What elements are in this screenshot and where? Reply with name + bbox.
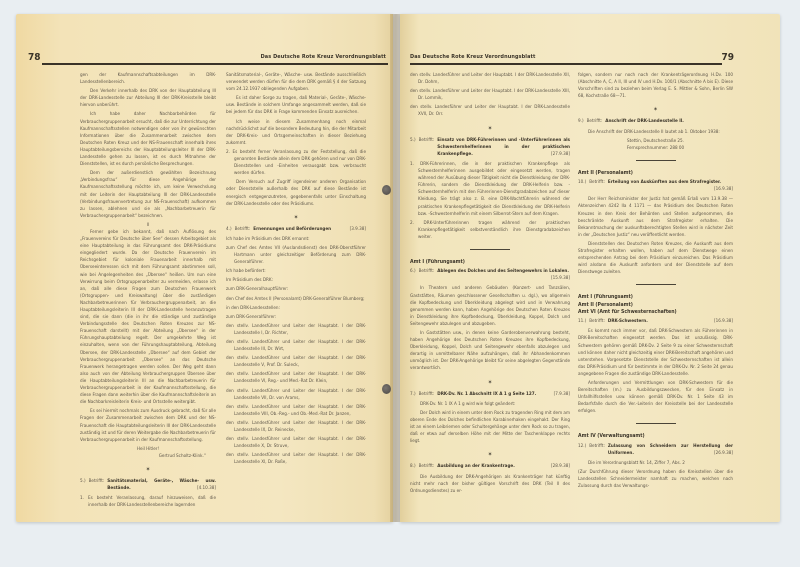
item-subject: DRK-Dv. Nr. 1 Abschnitt IX A 1 g Seite 1… [437, 392, 536, 397]
phone-line: Fernsprechnummer: 288 00 [578, 145, 733, 152]
item-label: Betrifft: [589, 179, 605, 193]
paragraph: Der Dolch wird in einem unter dem Rock z… [410, 410, 570, 445]
item-12: 12.) Betrifft: Zulassung von Schneidern … [578, 443, 733, 457]
paragraph: Dem Versuch auf Zugriff irgendeiner ande… [226, 179, 366, 207]
item-number: 4.) [226, 226, 232, 233]
appointments-list: Ich habe im Präsidium des DRK ernannt:zu… [226, 236, 366, 467]
running-title: Das Deutsche Rote Kreuz Verordnungsblatt [261, 54, 386, 60]
list-item: den stellv. Landesführer und Leiter der … [410, 104, 570, 118]
item-label: Betrifft: [235, 226, 251, 233]
list-item: Ich habe befördert: [226, 268, 366, 275]
paragraph: Dienststellen des Deutschen Roten Kreuze… [578, 241, 733, 276]
item-subject: Ablegen des Dolches und des Seitengewehr… [437, 269, 569, 274]
item-5-right: 5.) Betrifft: Einsatz von DRK-Führerinne… [410, 137, 570, 158]
section-divider [636, 423, 676, 424]
paragraph: Dem der außerdienstlich gewählten Bezeic… [80, 170, 216, 220]
item-subject: Anschrift der DRK-Landesstelle II. [605, 119, 684, 124]
header-rule [42, 63, 388, 65]
paragraph: Die Anschrift der DRK-Landesstelle II la… [578, 129, 733, 136]
amt-heading: Amt I (Führungsamt) [578, 294, 733, 301]
paragraph: Anforderungen und Vermittlungen von DRK-… [578, 380, 733, 415]
list-item: den stellv. Landesführer und Leiter der … [226, 339, 366, 353]
list-item: den stellv. Landesführer und Leiter der … [226, 404, 366, 418]
item-number: 5.) [80, 478, 86, 492]
right-page: Das Deutsche Rote Kreuz Verordnungsblatt… [400, 14, 780, 522]
separator-star-icon: ✶ [578, 106, 733, 113]
paragraph: Sanitätsmaterial-, Geräte-, Wäsche- usw.… [226, 72, 366, 93]
item-5-left: 5.) Betrifft: Sanitätsmaterial, Geräte-,… [80, 478, 216, 492]
list-item: den stellv. Landesführer und Leiter der … [226, 371, 366, 385]
paragraph: Die Ausbildung der DRK-Angehörigen als K… [410, 474, 570, 495]
punch-hole [382, 384, 391, 394]
signature: Gertrud Scholtz-Klink.“ [80, 453, 216, 460]
right-column-1: den stellv. Landesführer und Leiter der … [410, 72, 570, 497]
item-number: 9.) [578, 118, 584, 125]
list-item: den stellv. Landesführer und Leiter der … [410, 88, 570, 102]
paragraph: In Gaststätten usw., in denen keine Gard… [410, 330, 570, 373]
paragraph: Ich weise in diesem Zusammenhang noch ei… [226, 119, 366, 147]
item-label: Betrifft: [587, 118, 603, 125]
item-date: [27.9.38] [551, 151, 570, 158]
list-item: zum DRK-Generalführer: [226, 314, 366, 321]
item-label: Betrifft: [89, 478, 105, 492]
left-page-number: 78 [28, 52, 41, 63]
list-item: den stellv. Landesführer und Leiter der … [226, 388, 366, 402]
separator-star-icon: ✶ [410, 451, 570, 458]
item-number: 5.) [410, 137, 416, 158]
item-6: 6.) Betrifft: Ablegen des Dolches und de… [410, 268, 570, 282]
list-item: zum DRK-Generalhauptführer: [226, 286, 366, 293]
paragraph: folgen, sondern nur noch nach der Kranke… [578, 72, 733, 100]
item-label: Betrifft: [419, 137, 435, 158]
amt-heading: Amt I (Führungsamt) [410, 259, 570, 266]
item-label: Betrifft: [589, 443, 605, 457]
paragraph: In Theatern und anderen Gebäuden (Konzer… [410, 285, 570, 328]
item-date: [28.9.38] [551, 463, 570, 470]
list-item: den stellv. Landesführer und Leiter der … [226, 420, 366, 434]
amt-heading: Amt II (Personalamt) [578, 302, 733, 309]
amt-heading: Amt II (Personalamt) [578, 170, 733, 177]
paragraph: (Zur Durchführung dieser Verordnung habe… [578, 469, 733, 490]
section-numeral: II [80, 222, 216, 229]
item-7: 7.) Betrifft: DRK-Dv. Nr. 1 Abschnitt IX… [410, 391, 570, 398]
point: 1. DRK-Führerinnen, die in der praktisch… [410, 161, 570, 218]
item-subject: Ernennungen und Beförderungen [253, 227, 331, 232]
punch-hole [382, 185, 391, 195]
list-item: Ich habe im Präsidium des DRK ernannt: [226, 236, 366, 243]
amt-heading: Amt VI (Amt für Schwesternschaften) [578, 309, 733, 316]
left-column-2: Sanitätsmaterial-, Geräte-, Wäsche- usw.… [226, 72, 366, 469]
section-divider [636, 284, 676, 285]
separator-star-icon: ✶ [410, 125, 570, 132]
list-item: den stellv. Landesführer und Leiter der … [410, 72, 570, 86]
item-date: [4.10.38] [197, 485, 216, 492]
left-column-1: gen der Kaufmannschaftsabteilungen im DR… [80, 72, 216, 511]
item-number: 12.) [578, 443, 586, 457]
item-date: [16.9.38] [714, 186, 733, 193]
list-item: den stellv. Landesführer und Leiter der … [226, 452, 366, 466]
list-item: zum Chef des Amtes VII (Auslandsdienst) … [226, 245, 366, 266]
paragraph: 2. Es besteht ferner Veranlassung zu der… [226, 149, 366, 177]
closing: Heil Hitler! [80, 446, 216, 453]
paragraph: Ferner gebe ich bekannt, daß nach Auflös… [80, 229, 216, 406]
list-item: Im Präsidium des DRK: [226, 277, 366, 284]
item-date: [16.9.38] [714, 318, 733, 325]
item-date: [26.9.38] [714, 450, 733, 457]
right-page-number: 79 [721, 52, 734, 63]
right-column-2: folgen, sondern nur noch nach der Kranke… [578, 72, 733, 492]
left-page: 78 Das Deutsche Rote Kreuz Verordnungsbl… [16, 14, 393, 522]
item-number: 7.) [410, 391, 416, 398]
paragraph: Den Verkehr innerhalb des DRK von der Ha… [80, 88, 216, 109]
list-item: in den DRK-Landesstellen: [226, 305, 366, 312]
item-subject: Ausbildung an der Krankentrage. [437, 464, 515, 469]
paragraph: Es kommt noch immer vor, daß DRK-Schwest… [578, 328, 733, 378]
item-subject: Erteilung von Auskünften aus dem Strafre… [608, 180, 721, 185]
item-date: [15.9.38] [551, 275, 570, 282]
section-divider [470, 249, 510, 250]
item-9: 9.) Betrifft: Anschrift der DRK-Landesst… [578, 118, 733, 125]
list-item: den stellv. Landesführer und Leiter der … [226, 323, 366, 337]
paragraph: Es ist daher Sorge zu tragen, daß Materi… [226, 95, 366, 116]
separator-star-icon: ✶ [410, 379, 570, 386]
point: 2. DRK-Unterführerinnen tragen während d… [410, 220, 570, 241]
item-date: [7.9.38] [554, 391, 570, 398]
list-item: den Chef des Amtes II (Personalamt) DRK-… [226, 296, 366, 303]
address-line: Stettin, Deutschestraße 25. [578, 138, 733, 145]
item-number: 10.) [578, 179, 586, 193]
item-10: 10.) Betrifft: Erteilung von Auskünften … [578, 179, 733, 193]
amt-heading: Amt IV (Verwaltungsamt) [578, 433, 733, 440]
left-page-header: 78 Das Deutsche Rote Kreuz Verordnungsbl… [28, 49, 388, 65]
paragraph: Ich habe daher Nachbarbehörden für Verbr… [80, 111, 216, 168]
item-number: 6.) [410, 268, 416, 282]
open-document-spread: 78 Das Deutsche Rote Kreuz Verordnungsbl… [16, 14, 786, 522]
item-11: 11.) Betrifft: DRK-Schwestern. [16.9.38] [578, 318, 733, 325]
right-page-header: Das Deutsche Rote Kreuz Verordnungsblatt… [410, 49, 734, 65]
item-label: Betrifft: [419, 268, 435, 282]
item-number: 11.) [578, 318, 586, 325]
item-4: 4.) Betrifft: Ernennungen und Beförderun… [226, 226, 366, 233]
header-rule [410, 63, 722, 65]
item-number: 8.) [410, 463, 416, 470]
paragraph: gen der Kaufmannschaftsabteilungen im DR… [80, 72, 216, 86]
item-8: 8.) Betrifft: Ausbildung an der Krankent… [410, 463, 570, 470]
separator-star-icon: ✶ [80, 466, 216, 473]
running-title: Das Deutsche Rote Kreuz Verordnungsblatt [410, 54, 535, 60]
item-label: Betrifft: [419, 391, 435, 398]
item-text: 1. Es besteht Veranlassung, darauf hinzu… [80, 495, 216, 509]
paragraph: Es sei hiermit nochmals zum Ausdruck geb… [80, 408, 216, 443]
item-subject: DRK-Schwestern. [608, 319, 648, 324]
paragraph: Die im Verordnungsblatt Nr. 14, Ziffer 7… [578, 460, 733, 467]
separator-star-icon: ✶ [226, 214, 366, 221]
list-item: den stellv. Landesführer und Leiter der … [226, 436, 366, 450]
list-item: den stellv. Landesführer und Leiter der … [226, 355, 366, 369]
appointments-list: den stellv. Landesführer und Leiter der … [410, 72, 570, 119]
item-label: Betrifft: [419, 463, 435, 470]
item-date: [3.9.38] [350, 226, 366, 233]
section-divider [636, 160, 676, 161]
paragraph: Der Herr Reichsminister der Justiz hat g… [578, 196, 733, 239]
paragraph: DRK-Dv. Nr. 1 IX A 1 g wird wie folgt ge… [410, 401, 570, 408]
item-label: Betrifft: [589, 318, 605, 325]
